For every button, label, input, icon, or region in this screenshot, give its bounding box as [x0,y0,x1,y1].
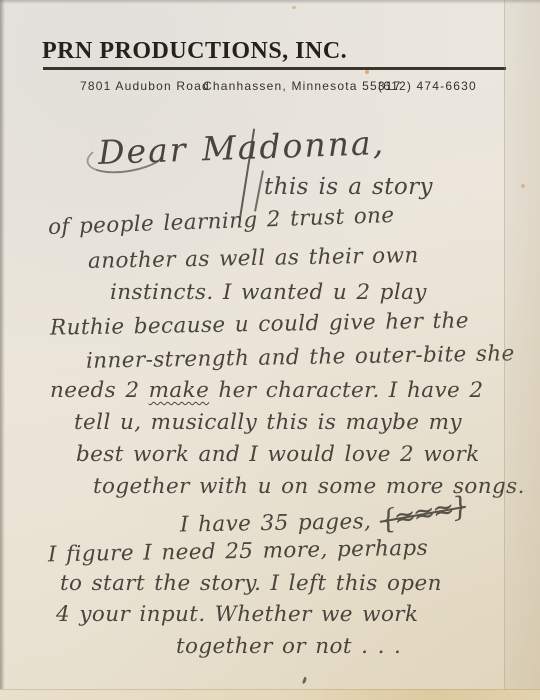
paper-edge-right [504,0,540,700]
hand-line-12: I have 35 pages, {≈≈≈} [180,502,468,538]
hand-line-3: of people learning 2 trust one [48,203,395,240]
hand-line-2: this is a story [264,174,433,200]
hand-text: together or not . . . [176,634,401,659]
hand-text: I have 35 pages, [180,509,381,537]
paper-edge-left [0,0,5,700]
hand-text: this is a story [264,174,433,200]
paper-edge-top [0,0,540,4]
hand-text: Dear Madonna, [97,123,385,172]
hand-line-1: Dear Madonna, [97,123,385,172]
hand-text: best work and I would love 2 work [76,442,480,467]
letterhead-rule [43,67,506,70]
hand-line-4: another as well as their own [88,243,419,274]
hand-line-15: 4 your input. Whether we work [56,602,418,627]
hand-text: another as well as their own [88,243,419,274]
hand-text: instincts. I wanted u 2 play [110,280,427,305]
hand-text: Ruthie because u could give her the [50,308,469,340]
hand-line-9: tell u, musically this is maybe my [74,410,462,435]
pen-stroke [254,170,264,212]
stray-ink-mark [302,677,308,685]
hand-text: I figure I need 25 more, perhaps [48,536,428,568]
paper-speck [365,70,369,74]
company-name: PRN PRODUCTIONS, INC. [42,38,347,65]
hand-text: of people learning 2 trust one [48,203,395,240]
hand-line-13: I figure I need 25 more, perhaps [48,536,428,568]
address-street: 7801 Audubon Road [80,79,210,93]
hand-line-10: best work and I would love 2 work [76,442,480,467]
hand-text: to start the story. I left this open [60,571,442,596]
hand-text: tell u, musically this is maybe my [74,410,462,435]
address-phone: (612) 474-6630 [378,79,477,93]
letter-paper: PRN PRODUCTIONS, INC. 7801 Audubon Road … [0,0,540,700]
underlined-word: make [149,378,210,403]
address-city: Chanhassen, Minnesota 55317 [203,79,402,93]
hand-text: inner-strength and the outer-bite she [86,341,515,373]
paper-speck [292,6,296,9]
paper-edge-bottom [0,689,540,700]
hand-line-8: needs 2 make her character. I have 2 [50,378,484,403]
hand-line-16: together or not . . . [176,634,401,659]
hand-line-7: inner-strength and the outer-bite she [86,341,515,373]
hand-line-5: instincts. I wanted u 2 play [110,280,427,305]
hand-text: 4 your input. Whether we work [56,602,418,627]
hand-text: needs 2 [50,378,149,403]
hand-line-6: Ruthie because u could give her the [50,308,469,340]
hand-line-14: to start the story. I left this open [60,571,442,596]
hand-text: her character. I have 2 [209,378,483,403]
